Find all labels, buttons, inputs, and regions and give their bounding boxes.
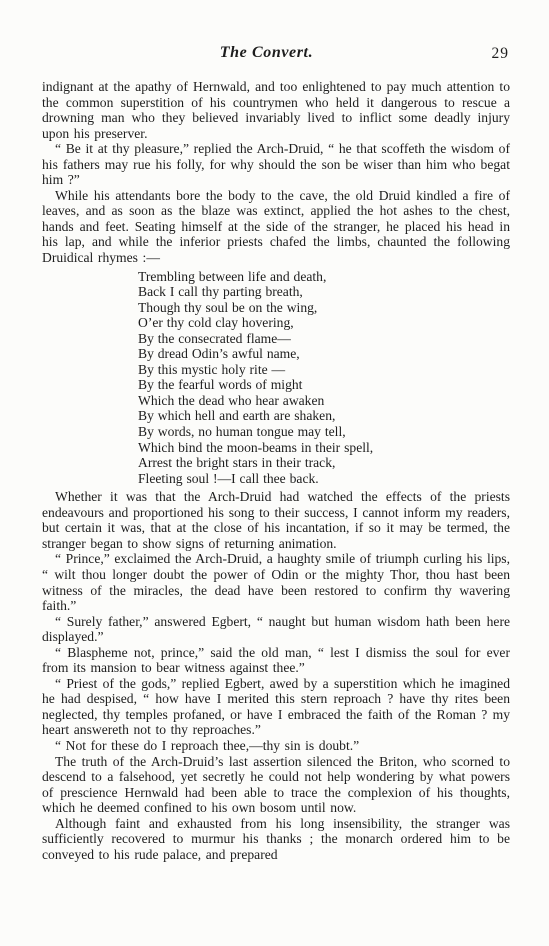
page-body-text: indignant at the apathy of Hernwald, and… bbox=[42, 79, 510, 862]
verse-line: Which the dead who hear awaken bbox=[138, 393, 510, 409]
paragraph: “ Not for these do I reproach thee,—thy … bbox=[42, 738, 510, 754]
verse-line: Arrest the bright stars in their track, bbox=[138, 455, 510, 471]
running-title: The Convert. bbox=[42, 44, 491, 62]
paragraph: While his attendants bore the body to th… bbox=[42, 188, 510, 266]
paragraph: “ Prince,” exclaimed the Arch-Druid, a h… bbox=[42, 551, 510, 613]
verse-line: Fleeting soul !—I call thee back. bbox=[138, 471, 510, 487]
paragraph: “ Be it at thy pleasure,” replied the Ar… bbox=[42, 141, 510, 188]
verse-line: Back I call thy parting breath, bbox=[138, 284, 510, 300]
page-number: 29 bbox=[492, 45, 510, 63]
verse-line: Though thy soul be on the wing, bbox=[138, 300, 510, 316]
book-page: The Convert. 29 indignant at the apathy … bbox=[0, 0, 549, 946]
verse-line: Trembling between life and death, bbox=[138, 269, 510, 285]
verse-line: By words, no human tongue may tell, bbox=[138, 424, 510, 440]
paragraph: Whether it was that the Arch-Druid had w… bbox=[42, 489, 510, 551]
verse-line: O’er thy cold clay hovering, bbox=[138, 315, 510, 331]
paragraph: Although faint and exhausted from his lo… bbox=[42, 816, 510, 863]
druidical-rhymes-verse: Trembling between life and death,Back I … bbox=[138, 269, 510, 487]
verse-line: By dread Odin’s awful name, bbox=[138, 346, 510, 362]
paragraph: The truth of the Arch-Druid’s last asser… bbox=[42, 754, 510, 816]
verse-line: By which hell and earth are shaken, bbox=[138, 408, 510, 424]
verse-line: By the fearful words of might bbox=[138, 377, 510, 393]
verse-line: Which bind the moon-beams in their spell… bbox=[138, 440, 510, 456]
paragraph: “ Priest of the gods,” replied Egbert, a… bbox=[42, 676, 510, 738]
verse-line: By this mystic holy rite — bbox=[138, 362, 510, 378]
paragraph: “ Surely father,” answered Egbert, “ nau… bbox=[42, 614, 510, 645]
page-header: The Convert. 29 bbox=[42, 44, 511, 66]
paragraph: indignant at the apathy of Hernwald, and… bbox=[42, 79, 510, 141]
verse-line: By the consecrated flame— bbox=[138, 331, 510, 347]
paragraph: “ Blaspheme not, prince,” said the old m… bbox=[42, 645, 510, 676]
